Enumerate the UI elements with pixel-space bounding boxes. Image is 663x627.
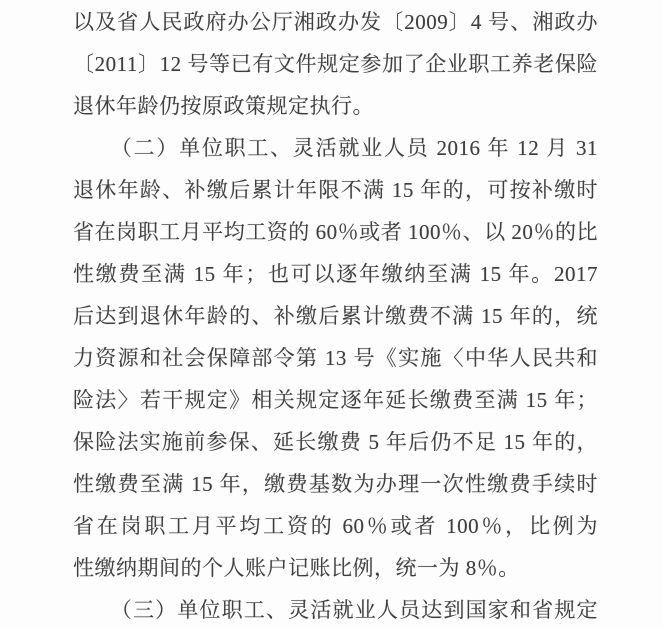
document-line-1: 以及省人民政府办公厅湘政办发〔2009〕4 号、湘政办发 [73, 1, 598, 43]
document-line-8: 后达到退休年龄的、补缴后累计缴费不满 15 年的，统一按照人 [73, 295, 598, 337]
document-line-7: 性缴费至满 15 年；也可以逐年缴纳至满 15 年。2017 年 1 月 1 日 [73, 253, 598, 295]
document-line-3: 退休年龄仍按原政策规定执行。 [73, 85, 598, 127]
scanned-document-page: 以及省人民政府办公厅湘政办发〔2009〕4 号、湘政办发 〔2011〕12 号等… [0, 0, 663, 627]
document-line-12: 性缴费至满 15 年，缴费基数为办理一次性缴费手续时上年度全 [73, 463, 598, 505]
document-line-11: 保险法实施前参保、延长缴费 5 年后仍不足 15 年的，可以一次 [73, 421, 598, 463]
document-line-9: 力资源和社会保障部令第 13 号《实施〈中华人民共和国社会保 [73, 337, 598, 379]
document-line-4: （二）单位职工、灵活就业人员 2016 年 12 月 31 日已经达到 [73, 127, 598, 169]
document-line-14: 性缴纳期间的个人账户记账比例，统一为 8％。 [73, 547, 598, 589]
document-line-13: 省在岗职工月平均工资的 60％或者 100％，比例为 20％。一次 [73, 505, 598, 547]
document-line-6: 省在岗职工月平均工资的 60％或者 100％、以 20％的比例一次 [73, 211, 598, 253]
document-line-15: （三）单位职工、灵活就业人员达到国家和省规定的领取基 [73, 589, 598, 627]
document-line-5: 退休年龄、补缴后累计年限不满 15 年的，可按补缴时上年度全 [73, 169, 598, 211]
document-line-2: 〔2011〕12 号等已有文件规定参加了企业职工养老保险的人员， [73, 43, 598, 85]
document-line-10: 险法〉若干规定》相关规定逐年延长缴费至满 15 年；其中社会 [73, 379, 598, 421]
